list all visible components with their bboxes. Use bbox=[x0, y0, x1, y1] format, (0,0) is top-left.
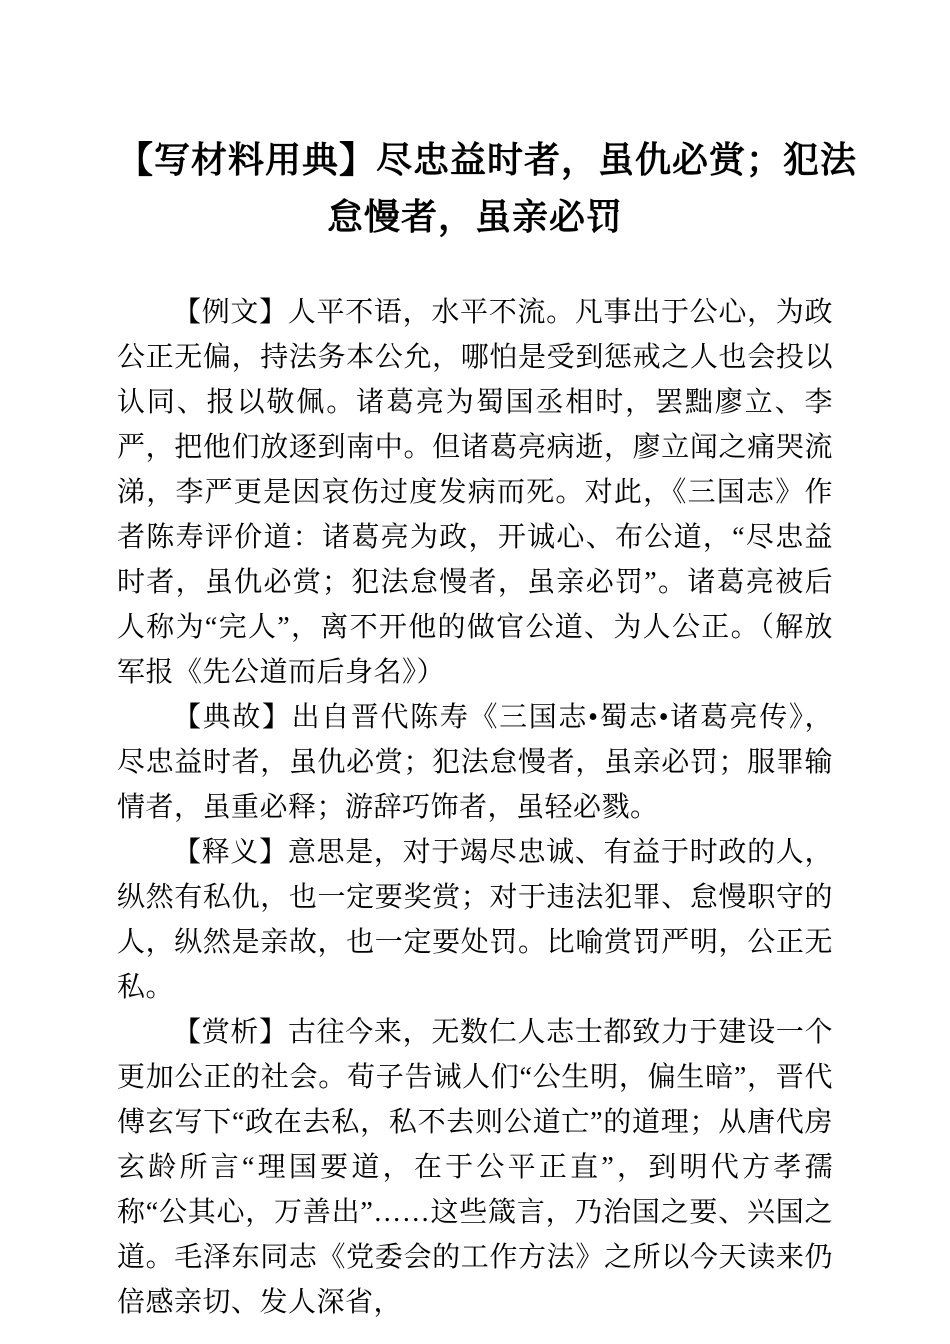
document-title-line-1: 【写材料用典】尽忠益时者，虽仇必赏；犯法 bbox=[117, 132, 833, 189]
document-body: 【例文】人平不语，水平不流。凡事出于公心，为政公正无偏，持法务本公允，哪怕是受到… bbox=[117, 290, 833, 1325]
paragraph-liwen: 【例文】人平不语，水平不流。凡事出于公心，为政公正无偏，持法务本公允，哪怕是受到… bbox=[117, 290, 833, 695]
document-title: 【写材料用典】尽忠益时者，虽仇必赏；犯法 怠慢者，虽亲必罚 bbox=[117, 132, 833, 246]
paragraph-shangxi: 【赏析】古往今来，无数仁人志士都致力于建设一个更加公正的社会。荀子告诫人们“公生… bbox=[117, 1010, 833, 1325]
paragraph-diangu: 【典故】出自晋代陈寿《三国志•蜀志•诸葛亮传》，尽忠益时者，虽仇必赏；犯法怠慢者… bbox=[117, 695, 833, 830]
document-page: 【写材料用典】尽忠益时者，虽仇必赏；犯法 怠慢者，虽亲必罚 【例文】人平不语，水… bbox=[0, 0, 950, 1344]
document-title-line-2: 怠慢者，虽亲必罚 bbox=[117, 189, 833, 246]
paragraph-shiyi: 【释义】意思是，对于竭尽忠诚、有益于时政的人，纵然有私仇，也一定要奖赏；对于违法… bbox=[117, 830, 833, 1010]
